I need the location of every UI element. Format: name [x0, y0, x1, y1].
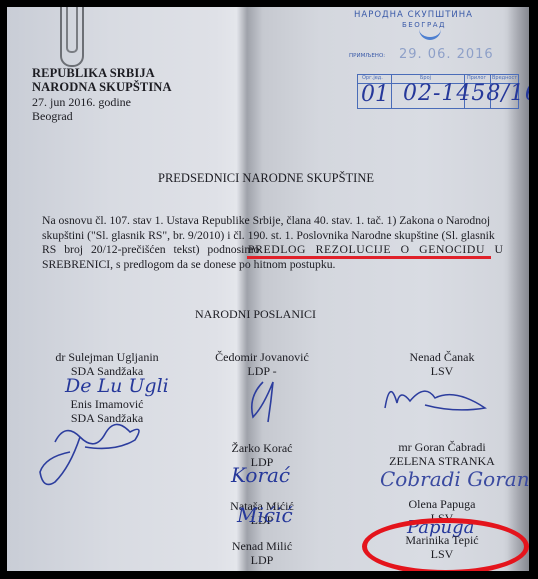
header-date: 27. jun 2016. godine	[32, 95, 131, 110]
signatory-name: Nenad Milić	[197, 539, 327, 554]
signature: De Lu Ugli	[65, 375, 169, 397]
document-title: PREDSEDNICI NARODNE SKUPŠTINE	[158, 171, 374, 186]
body-line-2: skupštini ("Sl. glasnik RS", br. 9/2010)…	[42, 229, 495, 242]
header-city: Beograd	[32, 109, 73, 124]
header-republic: REPUBLIKA SRBIJA	[32, 66, 155, 81]
signatory-name: Čedomir Jovanović	[197, 350, 327, 365]
signatory-party: LDP	[197, 553, 327, 568]
red-circle-annotation	[362, 518, 529, 571]
signature-scribble-icon	[243, 377, 283, 425]
body-line-1: Na osnovu čl. 107. stav 1. Ustava Republ…	[42, 214, 490, 227]
signature: Korać	[231, 463, 290, 487]
body-line-4: SREBRENICI, s predlogom da se donese po …	[42, 258, 335, 271]
signatory-name: Nenad Čanak	[377, 350, 507, 365]
signature-scribble-icon	[375, 373, 505, 418]
signature-scribble-icon	[35, 412, 150, 492]
red-underline-annotation	[247, 256, 491, 259]
signatory-name: Olena Papuga	[377, 497, 507, 512]
stamp-emblem-icon	[419, 27, 441, 40]
stamp-number-handwritten: 02-1458/16	[403, 81, 529, 106]
body-line-3: RS broj 20/12-prečišćen tekst) podnosimo	[42, 243, 259, 256]
stamp-org-unit-handwritten: 01	[361, 82, 389, 107]
signature: Cobradi Goran	[380, 467, 529, 491]
signatory-name: mr Goran Čabradi	[377, 440, 507, 455]
signatory-name: Žarko Korać	[197, 441, 327, 456]
signatories-heading: NARODNI POSLANICI	[195, 307, 316, 322]
header-assembly: NARODNA SKUPŠTINA	[32, 80, 172, 95]
stamp-received-date: 29. 06. 2016	[399, 47, 494, 62]
stamp-institution: НАРОДНА СКУПШТИНА	[354, 10, 473, 20]
stamp-received-label: ПРИМЉЕНО:	[349, 53, 385, 59]
signature: Mićić	[237, 503, 293, 527]
signatory-name: dr Sulejman Ugljanin	[37, 350, 177, 365]
document-page: REPUBLIKA SRBIJA NARODNA SKUPŠTINA 27. j…	[7, 7, 529, 571]
body-highlighted-proposal: PREDLOG REZOLUCIJE O GENOCIDU U	[248, 243, 504, 256]
signatory-name: Enis Imamović	[37, 397, 177, 412]
stamp-col-org: Орг.јед.	[362, 75, 383, 81]
paperclip-inner	[66, 7, 78, 53]
